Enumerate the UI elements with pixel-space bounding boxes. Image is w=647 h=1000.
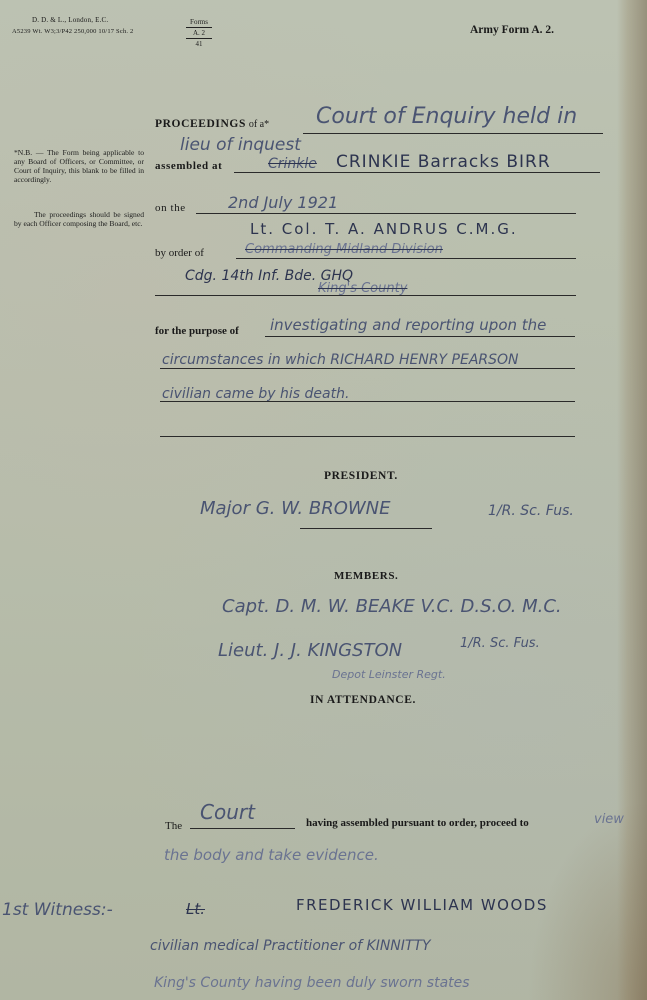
purpose-label: for the purpose of	[155, 325, 239, 337]
assembly-continuation-2: the body and take evidence.	[164, 846, 379, 864]
order-struck-2: King's County	[318, 281, 407, 296]
purpose-line-3: civilian came by his death.	[162, 386, 349, 402]
order-struck: Commanding Midland Division	[245, 242, 443, 257]
side-note-nb: *N.B. — The Form being applicable to any…	[14, 148, 144, 184]
assembly-continuation-1: view	[594, 812, 624, 827]
purpose-rule-3	[160, 401, 575, 402]
assembled-struck: Crinkle	[268, 156, 317, 172]
side-note-signing: The proceedings should be signed by each…	[14, 210, 144, 228]
members-heading: MEMBERS.	[334, 570, 398, 582]
date-value: 2nd July 1921	[228, 193, 338, 212]
printer-line-2: A5239 Wt. W3;3/P42 250,000 10/17 Sch. 2	[12, 28, 134, 35]
purpose-rule-2	[160, 368, 575, 369]
president-heading: PRESIDENT.	[324, 470, 398, 482]
court-rule	[190, 828, 295, 829]
witness-line-2: civilian medical Practitioner of KINNITT…	[150, 938, 431, 954]
assembly-statement: having assembled pursuant to order, proc…	[306, 817, 529, 829]
forms-fraction: Forms A. 2 41	[186, 18, 212, 48]
forms-label: Forms	[186, 18, 212, 26]
purpose-line-2: circumstances in which RICHARD HENRY PEA…	[162, 352, 519, 368]
date-label: on the	[155, 202, 186, 214]
printer-line-1: D. D. & L., London, E.C.	[32, 16, 108, 24]
witness-label: 1st Witness:-	[2, 900, 113, 920]
proceedings-line: PROCEEDINGS of a*	[155, 118, 269, 130]
order-label: by order of	[155, 247, 204, 259]
proceedings-label: PROCEEDINGS	[155, 118, 246, 130]
member-2: Lieut. J. J. KINGSTON	[218, 640, 402, 661]
order-value-top: Lt. Col. T. A. ANDRUS C.M.G.	[250, 220, 518, 238]
date-rule	[196, 213, 576, 214]
forms-sub: 41	[186, 40, 212, 48]
purpose-line-1: investigating and reporting upon the	[270, 316, 546, 334]
proceedings-value: Court of Enquiry held in	[316, 104, 577, 129]
purpose-rule-1	[265, 336, 575, 337]
proceedings-of-label: of a*	[249, 119, 269, 130]
attendance-heading: IN ATTENDANCE.	[310, 694, 416, 706]
president-name: Major G. W. BROWNE	[200, 498, 391, 519]
president-unit: 1/R. Sc. Fus.	[488, 503, 574, 519]
purpose-rule-4	[160, 436, 575, 437]
purpose-label-bold: for the purpose of	[155, 325, 239, 337]
order-rule-2	[155, 295, 576, 296]
member-2-unit: Depot Leinster Regt.	[332, 668, 446, 681]
proceedings-value-2: lieu of inquest	[180, 135, 301, 155]
assembled-label: assembled at	[155, 160, 222, 172]
assembly-body: Court	[200, 800, 255, 824]
assembled-rule	[234, 172, 600, 173]
form-title: Army Form A. 2.	[470, 24, 554, 36]
member-1-unit: 1/R. Sc. Fus.	[460, 636, 540, 651]
witness-name: FREDERICK WILLIAM WOODS	[296, 896, 548, 914]
forms-number: A. 2	[186, 29, 212, 37]
president-rule	[300, 528, 432, 529]
the-label: The	[165, 820, 182, 832]
witness-line-3: King's County having been duly sworn sta…	[154, 975, 470, 991]
member-1: Capt. D. M. W. BEAKE V.C. D.S.O. M.C.	[222, 596, 562, 617]
assembled-value: CRINKIE Barracks BIRR	[336, 152, 551, 172]
order-rule	[236, 258, 576, 259]
witness-struck: Lt.	[186, 900, 205, 918]
proceedings-rule	[303, 133, 603, 134]
